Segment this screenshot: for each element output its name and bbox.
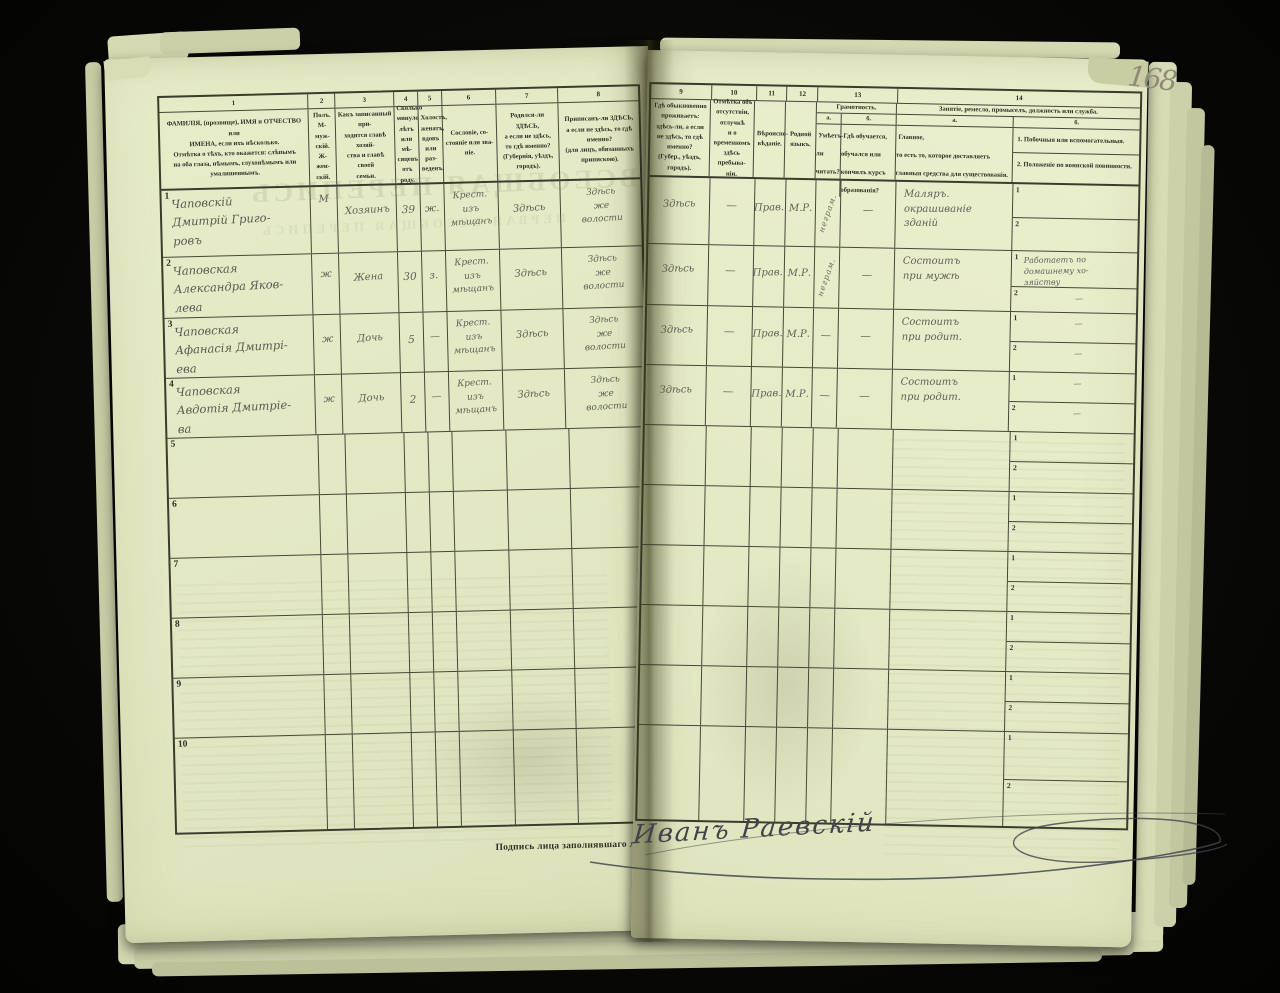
- cell-resides: Здѣсь: [648, 177, 710, 244]
- cell-resides: Здѣсь: [645, 365, 707, 425]
- cell-estate: Крест. изъ мѣщанъ: [449, 371, 504, 431]
- cell-marital: ж.: [420, 184, 446, 251]
- header-occupation-a: а. Главное, то есть то, которое доставля…: [896, 115, 1014, 182]
- table-row-empty: 10: [175, 727, 656, 833]
- census-table-left-half: 1 2 3 4 5 6 7 8 ФАМИЛІЯ, (прозвище), ИМЯ…: [157, 84, 658, 835]
- cell-absence: —: [707, 306, 753, 366]
- cell-literacy-edu: —: [841, 181, 897, 248]
- cell-absence: —: [708, 245, 754, 306]
- cell-side-occupation: 1Работаетъ по домашнему хо- зяйству 2—: [1011, 251, 1138, 313]
- cell-occupation: Состоитъ при родит.: [892, 370, 1010, 431]
- row-number: 1: [164, 192, 169, 202]
- row-number: 7: [173, 560, 178, 570]
- cell-registered: Здѣсь же волости: [562, 246, 643, 308]
- left-page: ПЕРВАЯ ВСЕОБЩАЯ ПЕРЕПИСЬ ПЕРВАЯ ВСЕОБЩАЯ…: [104, 46, 669, 943]
- cell-literacy-edu: —: [839, 248, 895, 309]
- header-language: Родной языкъ.: [785, 102, 817, 179]
- cell-age: 39: [396, 185, 422, 252]
- cell-language: М.Р.: [781, 368, 813, 428]
- cell-sex: ж: [314, 315, 342, 375]
- cell-sex: ж: [312, 254, 340, 315]
- header-estate: Сословіе, со- стояніе или зва- ніе.: [442, 105, 498, 182]
- table-row-empty: 12: [641, 545, 1131, 614]
- table-row: Здѣсь — Прав. М.Р. — — Состоитъ при роди…: [645, 365, 1135, 434]
- cell-literacy-read: —: [812, 368, 838, 427]
- header-registered: Приписанъ-ли ЗДѢСЬ, а если не здѣсь, то …: [559, 101, 640, 179]
- column-number: 8: [558, 86, 638, 102]
- cell-literacy-read: неграм.: [814, 247, 840, 307]
- row-number: 2: [166, 259, 171, 269]
- header-absence: Отмѣтка объ отсутствіи, отлучкѣ и о врем…: [710, 100, 756, 177]
- cell-relation: Дочь: [341, 313, 401, 373]
- side-occupation-1: 1Работаетъ по домашнему хо- зяйству: [1011, 251, 1137, 289]
- table-row-empty: 12: [637, 725, 1128, 828]
- cell-literacy-read: неграм.: [816, 180, 842, 246]
- cell-language: М.Р.: [782, 308, 814, 368]
- cell-registered: Здѣсь же волости: [565, 367, 646, 428]
- side-occupation-1: 1—: [1010, 312, 1136, 343]
- row-number: 8: [175, 620, 180, 630]
- column-number: 7: [496, 88, 559, 104]
- table-row-empty: 12: [639, 665, 1129, 734]
- cell-sex: М: [311, 187, 339, 254]
- cell-name: 4Чаповская Авдотія Дмитріе- ва: [166, 375, 317, 438]
- page-corner-fold: [103, 56, 151, 81]
- cell-side-occupation: 1 2: [1012, 184, 1139, 252]
- table-row: 1Чаповскій Дмитрій Григо- ровъ М Хозяинъ…: [161, 179, 641, 258]
- column-number: 5: [418, 91, 442, 106]
- cell-side-occupation: 1— 2—: [1009, 312, 1136, 373]
- page-number: 168: [1126, 59, 1177, 98]
- column-number: 12: [787, 87, 818, 102]
- cell-side-occupation: 1— 2—: [1008, 372, 1135, 433]
- column-number: 11: [757, 86, 788, 101]
- column-number: 2: [308, 94, 335, 109]
- side-occupation-1: 1: [1012, 184, 1138, 219]
- cell-resides: Здѣсь: [646, 305, 708, 365]
- table-row: Здѣсь — Прав. М.Р. неграм. — Маляръ. окр…: [648, 177, 1138, 253]
- cell-marital: —: [423, 312, 448, 372]
- side-occupation-2: 2—: [1011, 286, 1137, 313]
- header-occupation-b: б. 1. Побочныя или вспомогательныя. 2. П…: [1013, 117, 1140, 184]
- header-born: Родился-ли ЗДѢСЬ, а если не здѣсь, то гд…: [496, 103, 561, 181]
- header-age: Сколько минуло лѣтъ или мѣ- сяцевъ отъ р…: [394, 107, 420, 184]
- cell-age: 2: [401, 373, 426, 433]
- cell-age: 5: [399, 313, 424, 373]
- header-literacy-group: Грамотность. а. Умѣетъ- ли читать? б. Гд…: [816, 102, 897, 180]
- cell-literacy-edu: —: [838, 309, 894, 369]
- table-row-empty: 12: [642, 485, 1132, 554]
- cell-estate: Крест. изъ мѣщанъ: [446, 250, 501, 311]
- cell-sex: ж: [315, 375, 343, 435]
- cell-estate: Крест. изъ мѣщанъ: [447, 311, 502, 371]
- cell-literacy-read: —: [813, 308, 839, 367]
- cell-religion: Прав.: [753, 246, 785, 307]
- cell-born: Здѣсь: [500, 248, 564, 310]
- cell-name: 2Чаповская Александра Яков- лева: [163, 254, 314, 318]
- column-number: 3: [335, 92, 394, 107]
- row-number: 5: [170, 440, 175, 450]
- column-number: 9: [651, 84, 712, 99]
- cell-relation: Хозяинъ: [338, 185, 398, 252]
- side-occupation-2: 2—: [1009, 341, 1135, 373]
- cell-marital: —: [425, 372, 450, 432]
- side-occupation-1: 1—: [1009, 372, 1135, 403]
- header-sex: Полъ. М-муж- скій. Ж-жен- скій.: [309, 109, 338, 186]
- row-number: 3: [168, 320, 173, 330]
- row-number: 10: [178, 739, 188, 749]
- photo-of-open-census-book: ПЕРВАЯ ВСЕОБЩАЯ ПЕРЕПИСЬ ПЕРВАЯ ВСЕОБЩАЯ…: [0, 0, 1280, 993]
- side-occupation-2: 2—: [1008, 401, 1134, 433]
- cell-relation: Дочь: [342, 373, 402, 433]
- cell-language: М.Р.: [785, 180, 817, 247]
- cell-occupation: Состоитъ при мужѣ: [894, 249, 1012, 311]
- cell-absence: —: [706, 366, 752, 426]
- row-number: 6: [172, 500, 177, 510]
- cell-born: Здѣсь: [502, 369, 566, 430]
- census-table-right-half: 9 10 11 12 13 14 Гдѣ обыкновенно прожива…: [635, 82, 1142, 830]
- table-row-empty: 12: [644, 425, 1134, 494]
- cell-name: 3Чаповская Афанасія Дмитрі- ева: [165, 315, 316, 378]
- right-page: 9 10 11 12 13 14 Гдѣ обыкновенно прожива…: [631, 50, 1148, 947]
- cell-name: 1Чаповскій Дмитрій Григо- ровъ: [161, 187, 312, 257]
- cell-resides: Здѣсь: [647, 244, 709, 305]
- side-occupation-2: 2: [1012, 217, 1138, 253]
- table-row: Здѣсь — Прав. М.Р. неграм. — Состоитъ пр…: [647, 244, 1137, 314]
- header-resides: Гдѣ обыкновенно проживаетъ: здѣсь-ли, а …: [650, 99, 712, 176]
- cell-occupation: Маляръ. окрашиваніе зданій: [895, 182, 1013, 250]
- cell-absence: —: [709, 178, 755, 245]
- cell-registered: Здѣсь же волости: [564, 307, 645, 368]
- cell-relation: Жена: [339, 252, 399, 313]
- cell-registered: Здѣсь же волости: [561, 179, 642, 247]
- cell-marital: з.: [422, 251, 447, 312]
- header-religion: Вѣроиспо- вѣданіе.: [754, 101, 786, 178]
- cell-religion: Прав.: [751, 307, 783, 367]
- cell-religion: Прав.: [754, 179, 786, 246]
- cell-religion: Прав.: [750, 367, 782, 427]
- header-name: ФАМИЛІЯ, (прозвище), ИМЯ и ОТЧЕСТВО или …: [159, 109, 310, 189]
- column-number: 13: [818, 87, 898, 103]
- cell-literacy-edu: —: [837, 369, 893, 429]
- header-row: Гдѣ обыкновенно проживаетъ: здѣсь-ли, а …: [650, 99, 1140, 186]
- column-number: 6: [442, 90, 496, 105]
- cell-estate: Крест. изъ мѣщанъ: [444, 183, 499, 250]
- cell-age: 30: [398, 252, 423, 313]
- cell-language: М.Р.: [784, 247, 816, 308]
- row-number: 9: [176, 680, 181, 690]
- header-row: ФАМИЛІЯ, (прозвище), ИМЯ и ОТЧЕСТВО или …: [159, 101, 640, 191]
- header-relation: Какъ записанный при- ходится главѣ хозяй…: [336, 107, 397, 184]
- cell-born: Здѣсь: [498, 181, 562, 249]
- cell-born: Здѣсь: [501, 309, 565, 370]
- table-row-empty: 12: [640, 605, 1130, 674]
- table-row: Здѣсь — Прав. М.Р. — — Состоитъ при роди…: [646, 305, 1136, 374]
- header-marital: Холостъ, женатъ, вдовъ или раз- веденъ.: [418, 106, 444, 183]
- row-number: 4: [169, 380, 174, 390]
- cell-occupation: Состоитъ при родит.: [893, 310, 1011, 371]
- page-stack-top-corner: [160, 28, 301, 55]
- header-occupation-group: Занятіе, ремесло, промыселъ, должность и…: [896, 104, 1140, 185]
